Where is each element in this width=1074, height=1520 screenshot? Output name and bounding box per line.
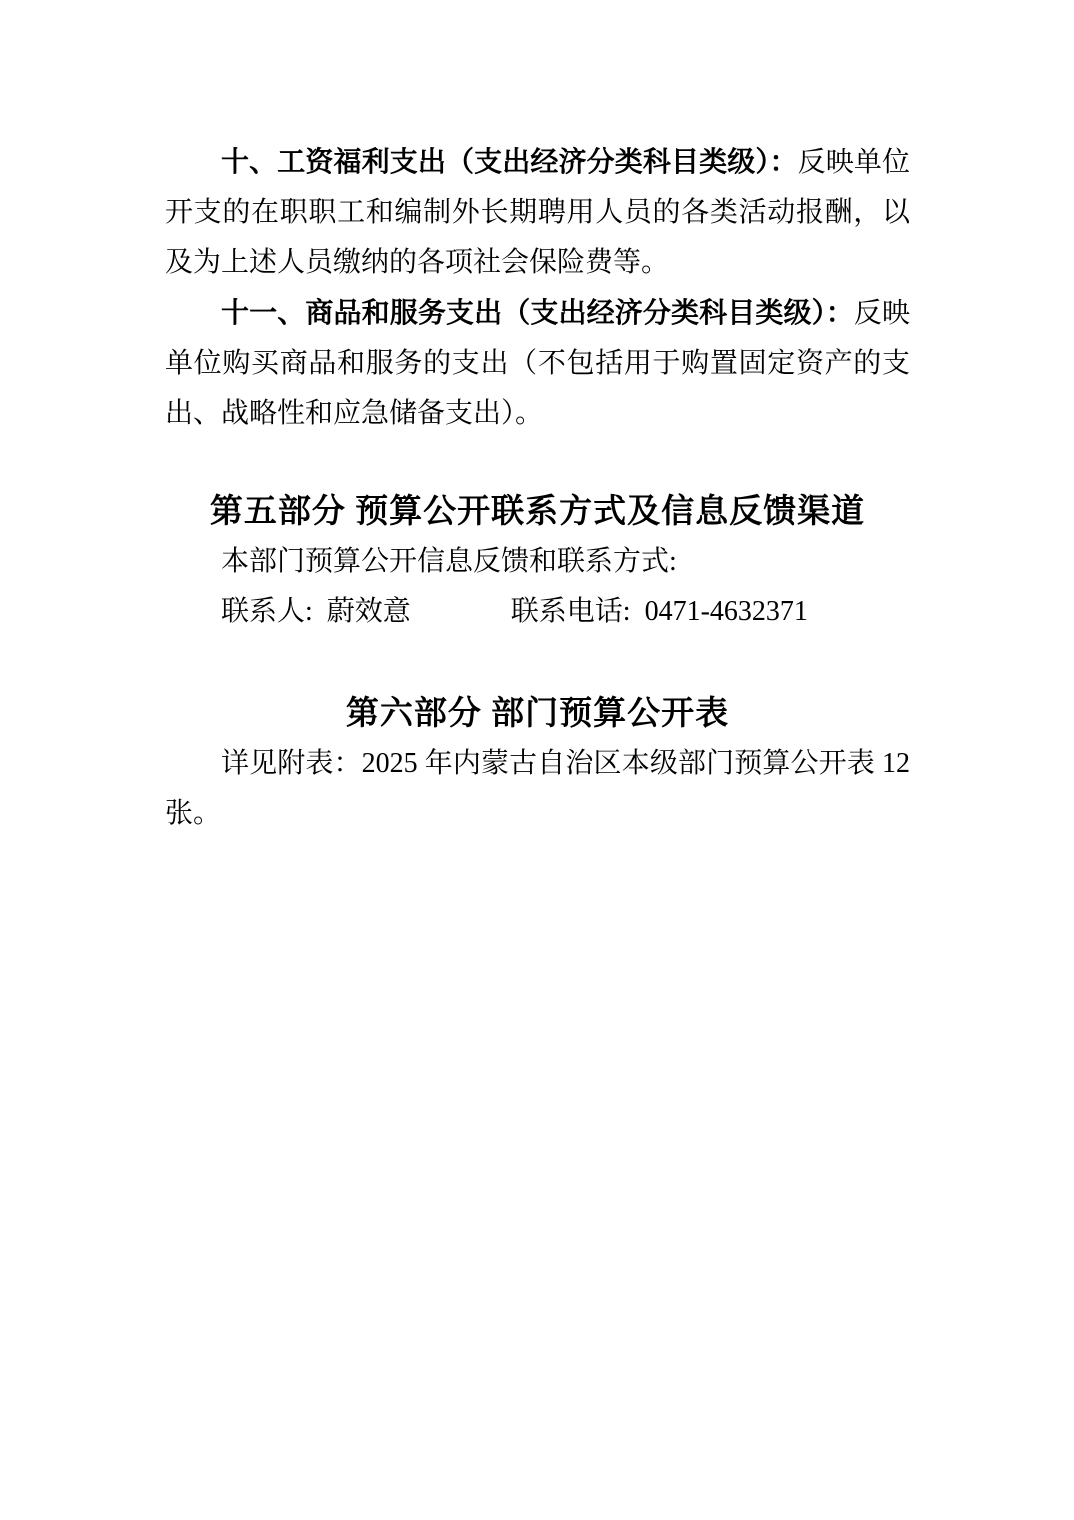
contact-phone-number: 0471-4632371 xyxy=(645,596,808,627)
expense-item-paragraph: 十一、商品和服务支出（支出经济分类科目类级）：反映单位购买商品和服务的支出（不包… xyxy=(165,288,910,439)
expense-item-lead: 十、工资福利支出（支出经济分类科目类级）： xyxy=(221,146,798,177)
contact-line: 联系人:蔚效意联系电话:0471-4632371 xyxy=(165,587,910,637)
part6-body-paragraph: 详见附表：2025 年内蒙古自治区本级部门预算公开表 12 张。 xyxy=(165,739,910,839)
contact-person-label: 联系人: xyxy=(221,596,313,627)
document-page: { "document": { "expense_items": [ { "le… xyxy=(0,0,1074,1520)
contact-phone-label: 联系电话: xyxy=(511,596,631,627)
expense-item-paragraph: 十、工资福利支出（支出经济分类科目类级）：反映单位开支的在职职工和编制外长期聘用… xyxy=(165,137,910,288)
part5-heading: 第五部分 预算公开联系方式及信息反馈渠道 xyxy=(165,487,910,537)
expense-item-lead: 十一、商品和服务支出（支出经济分类科目类级）： xyxy=(221,297,854,328)
document-content: 十、工资福利支出（支出经济分类科目类级）：反映单位开支的在职职工和编制外长期聘用… xyxy=(165,0,910,839)
part6-heading: 第六部分 部门预算公开表 xyxy=(165,689,910,739)
contact-person-name: 蔚效意 xyxy=(327,596,411,627)
part5-intro: 本部门预算公开信息反馈和联系方式: xyxy=(165,537,910,587)
part6-body: 详见附表：2025 年内蒙古自治区本级部门预算公开表 12 张。 xyxy=(165,748,910,829)
